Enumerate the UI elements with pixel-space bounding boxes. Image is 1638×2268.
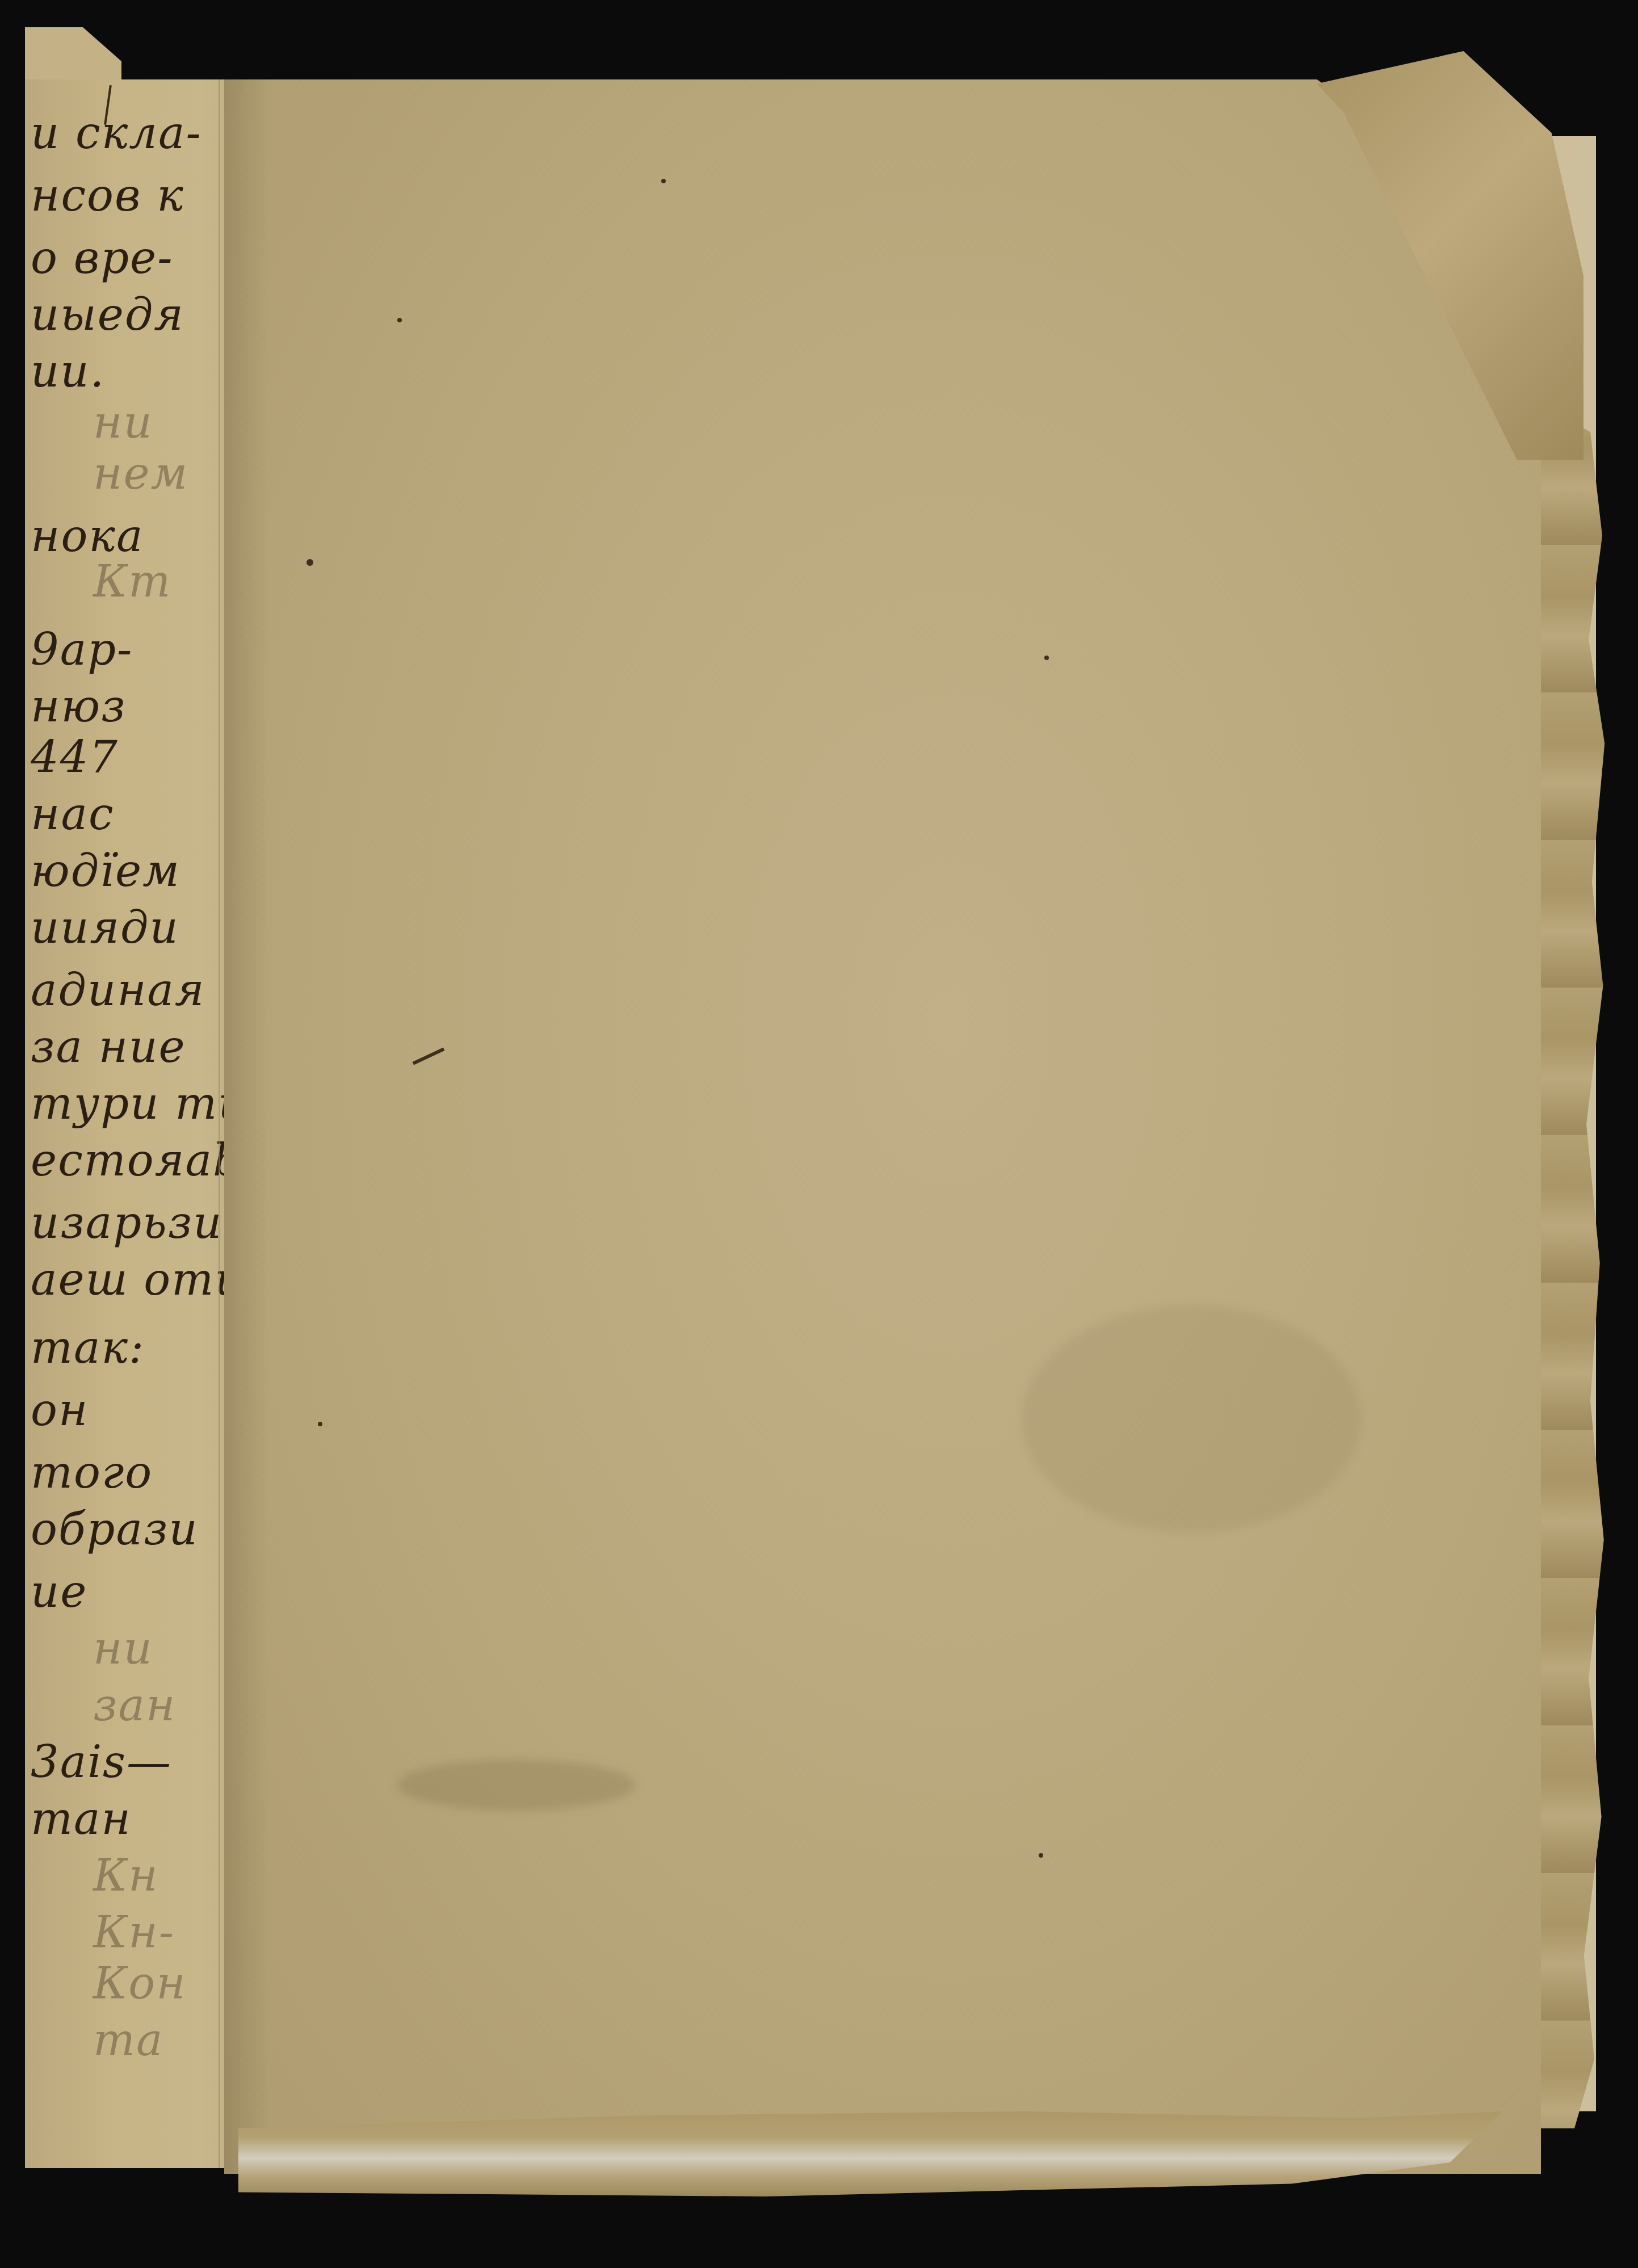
ink-speck <box>661 179 666 183</box>
torn-strip-tab <box>25 27 121 84</box>
handwritten-line: так: <box>31 1322 145 1374</box>
handwritten-line: ии. <box>31 346 105 397</box>
handwritten-line: 3ais— <box>31 1737 172 1788</box>
handwritten-line: 447 <box>31 732 119 783</box>
handwritten-line: иe <box>31 1566 87 1618</box>
handwritten-line: за ниe <box>31 1022 186 1073</box>
handwritten-line: иыедя <box>31 289 184 341</box>
handwritten-line: того <box>31 1447 153 1498</box>
handwritten-line: тан <box>31 1794 132 1845</box>
layered-bottom-edge <box>238 2111 1555 2196</box>
handwritten-line: Кн <box>93 1850 159 1901</box>
ink-speck <box>1044 656 1049 660</box>
handwritten-line: Кн- <box>93 1907 175 1958</box>
stain <box>397 1759 636 1811</box>
blank-main-page <box>224 79 1541 2174</box>
handwritten-line: и скла- <box>31 108 202 159</box>
handwritten-line: нюз <box>31 681 127 732</box>
handwritten-line: ни <box>93 397 153 448</box>
handwritten-line: нас <box>31 789 115 840</box>
handwritten-line: нем <box>93 448 188 499</box>
handwritten-line: юдїем <box>31 846 180 897</box>
handwritten-line: аеш оти <box>31 1254 245 1305</box>
handwritten-line: образи <box>31 1504 199 1555</box>
ink-speck <box>397 318 402 322</box>
ink-speck <box>306 559 313 566</box>
handwritten-line: та <box>93 2015 163 2066</box>
handwritten-line: естояаb <box>31 1135 242 1186</box>
handwritten-line: ни <box>93 1623 153 1674</box>
fold-line <box>219 79 220 2168</box>
handwritten-line: иияди <box>31 902 179 954</box>
handwritten-line: адиная <box>31 965 205 1016</box>
handwritten-line: о вре- <box>31 233 174 284</box>
stain <box>1022 1305 1362 1532</box>
handwritten-fragments: и скла-нсов ко вре-иыедяии.нинемнокаКт9а… <box>25 79 246 2168</box>
handwritten-line: зaн <box>93 1680 176 1731</box>
handwritten-line: нока <box>31 511 144 562</box>
handwritten-line: Кт <box>93 556 171 607</box>
handwritten-line: 9ар- <box>31 624 133 675</box>
handwritten-line: изарьзи <box>31 1198 222 1249</box>
ink-speck <box>318 1422 322 1426</box>
ink-speck <box>1039 1853 1043 1858</box>
handwritten-line: Кон <box>93 1958 187 2009</box>
page-gutter <box>224 79 270 2174</box>
handwritten-line: он <box>31 1385 89 1436</box>
document-scan: и скла-нсов ко вре-иыедяии.нинемнокаКт9а… <box>0 0 1638 2268</box>
handwritten-line: нсов к <box>31 170 184 221</box>
